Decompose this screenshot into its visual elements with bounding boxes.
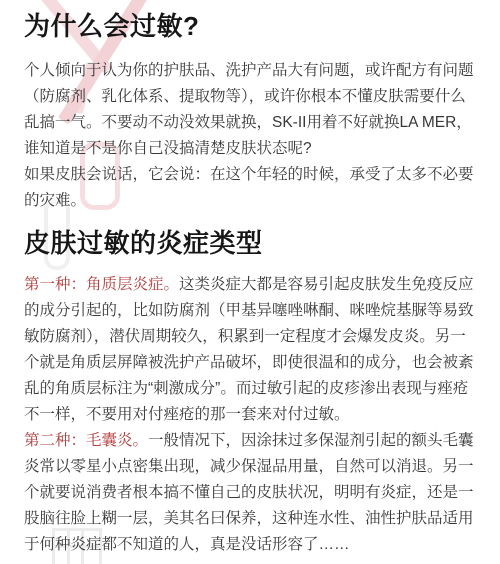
paragraph: 第二种：毛囊炎。一般情况下，因涂抹过多保湿剂引起的额头毛囊炎常以零星小点密集出现… bbox=[24, 428, 476, 558]
paragraph-text: 这类炎症大都是容易引起皮肤发生免疫反应的成分引起的，比如防腐剂（甲基异噻唑啉酮、… bbox=[24, 276, 474, 423]
paragraph-lead-type-two: 第二种：毛囊炎。 bbox=[24, 432, 148, 449]
paragraph: 个人倾向于认为你的护肤品、洗护产品大有问题，或许配方有问题（防腐剂、乳化体系、提… bbox=[24, 58, 476, 162]
paragraph-lead-type-one: 第一种：角质层炎症。 bbox=[24, 276, 179, 293]
paragraph-text: 一般情况下，因涂抹过多保湿剂引起的额头毛囊炎常以零星小点密集出现，减少保湿品用量… bbox=[24, 432, 474, 553]
paragraph-text: 如果皮肤会说话，它会说：在这个年轻的时候，承受了太多不必要的灾难。 bbox=[24, 166, 474, 209]
paragraph-text: 个人倾向于认为你的护肤品、洗护产品大有问题，或许配方有问题（防腐剂、乳化体系、提… bbox=[24, 62, 474, 157]
section-heading-why-allergy: 为什么会过敏? bbox=[24, 10, 476, 43]
section-heading-inflammation-types: 皮肤过敏的炎症类型 bbox=[24, 227, 476, 260]
paragraph: 第一种：角质层炎症。这类炎症大都是容易引起皮肤发生免疫反应的成分引起的，比如防腐… bbox=[24, 272, 476, 428]
paragraph: 如果皮肤会说话，它会说：在这个年轻的时候，承受了太多不必要的灾难。 bbox=[24, 162, 476, 214]
article-body: 为什么会过敏? 个人倾向于认为你的护肤品、洗护产品大有问题，或许配方有问题（防腐… bbox=[0, 0, 500, 558]
